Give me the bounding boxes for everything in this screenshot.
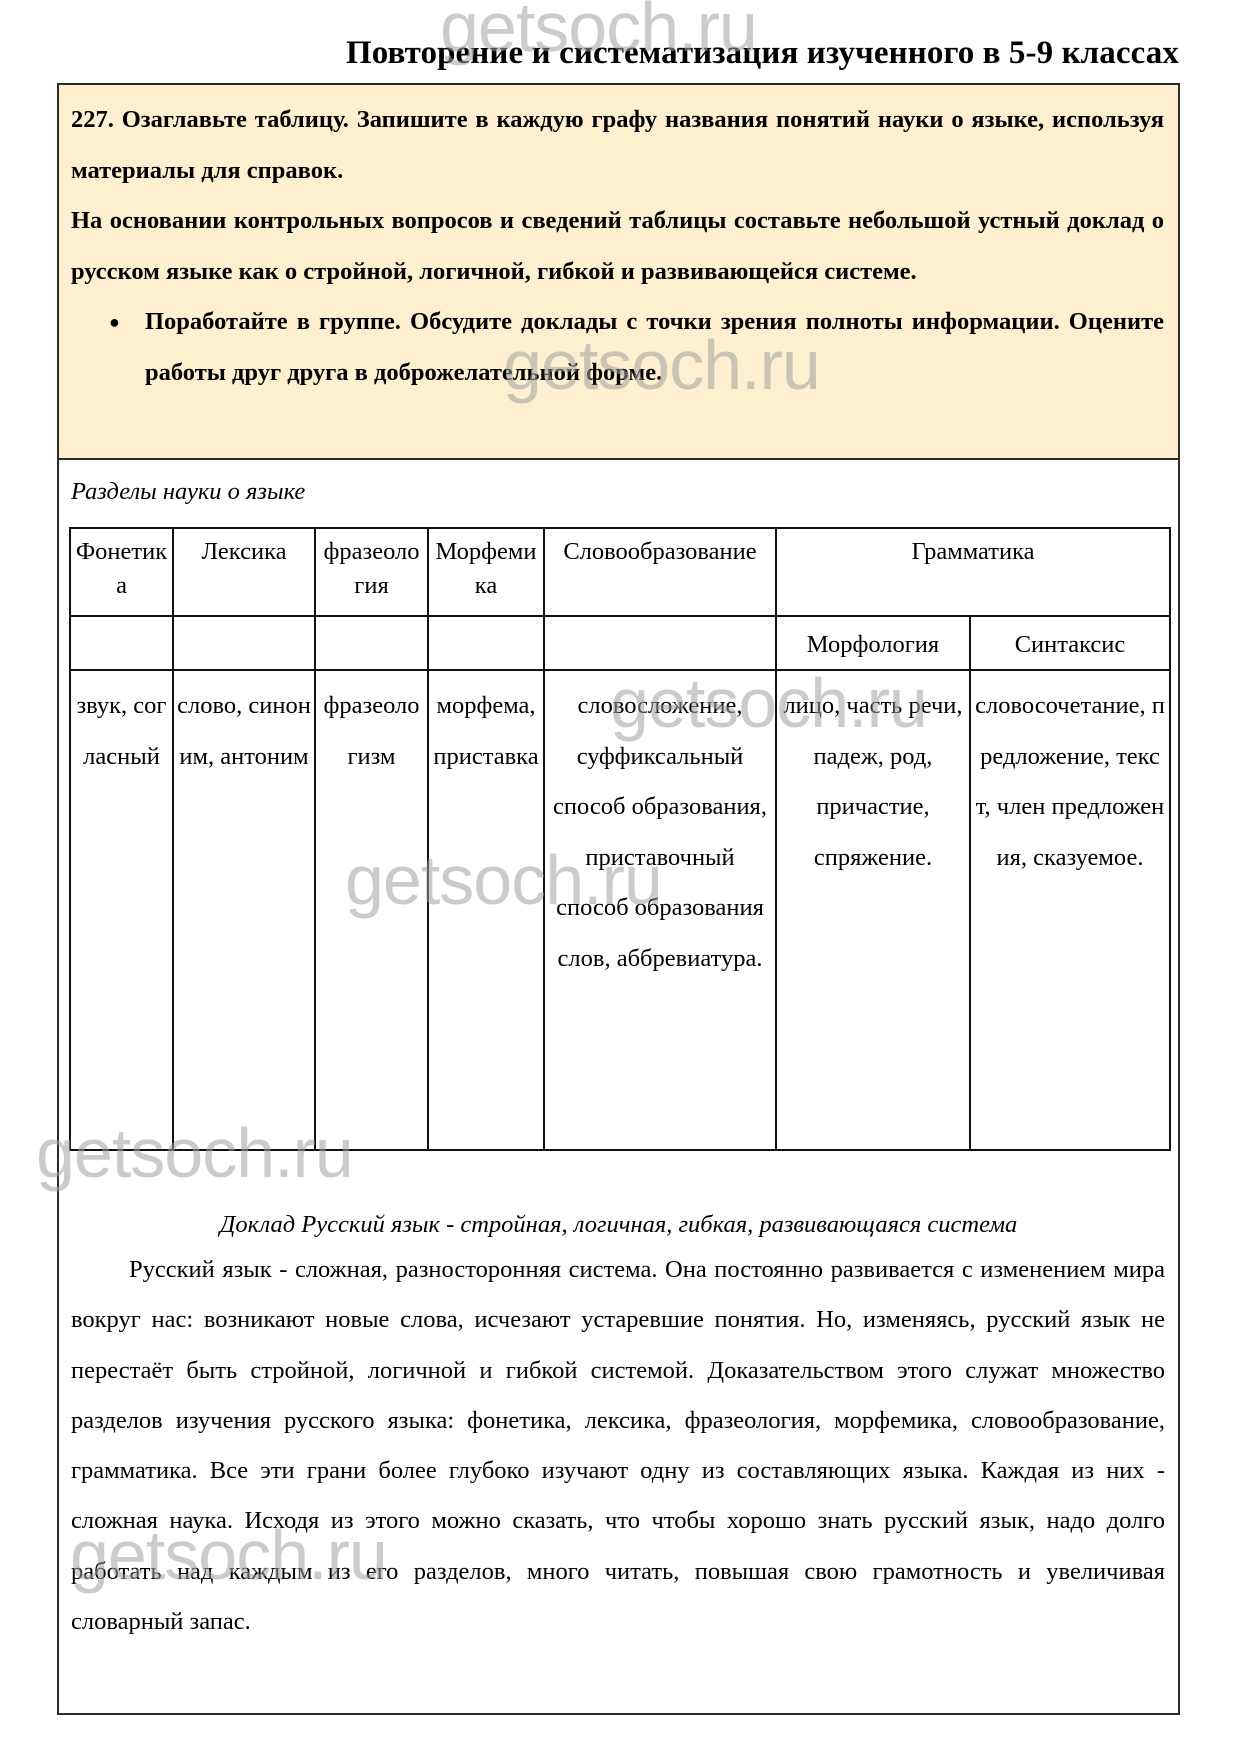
task-bullet-text: Поработайте в группе. Обсудите доклады с… [145, 297, 1164, 398]
table-cell: слово, синоним, антоним [173, 670, 315, 1150]
header-cell: Фонетика [70, 528, 173, 616]
subheader-cell [173, 616, 315, 670]
header-cell: Лексика [173, 528, 315, 616]
table-row: звук, согласный слово, синоним, антоним … [70, 670, 1170, 1150]
language-sections-table: Фонетика Лексика фразеология Морфемика С… [69, 527, 1171, 1151]
task-paragraph-1: 227. Озаглавьте таблицу. Запишите в кажд… [71, 95, 1164, 196]
table-cell: звук, согласный [70, 670, 173, 1150]
task-paragraph-2: На основании контрольных вопросов и свед… [71, 196, 1164, 297]
table-cell: словосложение, суффиксальный способ обра… [544, 670, 776, 1150]
task-box: 227. Озаглавьте таблицу. Запишите в кажд… [59, 85, 1178, 460]
bullet-dot-icon: ● [109, 297, 145, 398]
exercise-frame: 227. Озаглавьте таблицу. Запишите в кажд… [57, 83, 1180, 1715]
subheader-cell [428, 616, 544, 670]
table-caption: Разделы науки о языке [71, 474, 305, 510]
page-title: Повторение и систематизация изученного в… [0, 28, 1179, 78]
task-bullet-item: ● Поработайте в группе. Обсудите доклады… [109, 297, 1164, 398]
subheader-cell [544, 616, 776, 670]
table-cell: словосочетание, предложение, текст, член… [970, 670, 1170, 1150]
header-cell: Морфемика [428, 528, 544, 616]
table-cell: морфема, приставка [428, 670, 544, 1150]
table-cell: лицо, часть речи, падеж, род, причастие,… [776, 670, 970, 1150]
header-cell: фразеология [315, 528, 428, 616]
header-cell: Словообразование [544, 528, 776, 616]
subheader-cell [70, 616, 173, 670]
report-title: Доклад Русский язык - стройная, логичная… [59, 1207, 1178, 1243]
subheader-cell-syntax: Синтаксис [970, 616, 1170, 670]
subheader-cell [315, 616, 428, 670]
report-body: Русский язык - сложная, разносторонняя с… [71, 1245, 1165, 1647]
table-subheader-row: Морфология Синтаксис [70, 616, 1170, 670]
header-cell-grammar: Грамматика [776, 528, 1170, 616]
subheader-cell-morphology: Морфология [776, 616, 970, 670]
table-header-row: Фонетика Лексика фразеология Морфемика С… [70, 528, 1170, 616]
table-cell: фразеологизм [315, 670, 428, 1150]
